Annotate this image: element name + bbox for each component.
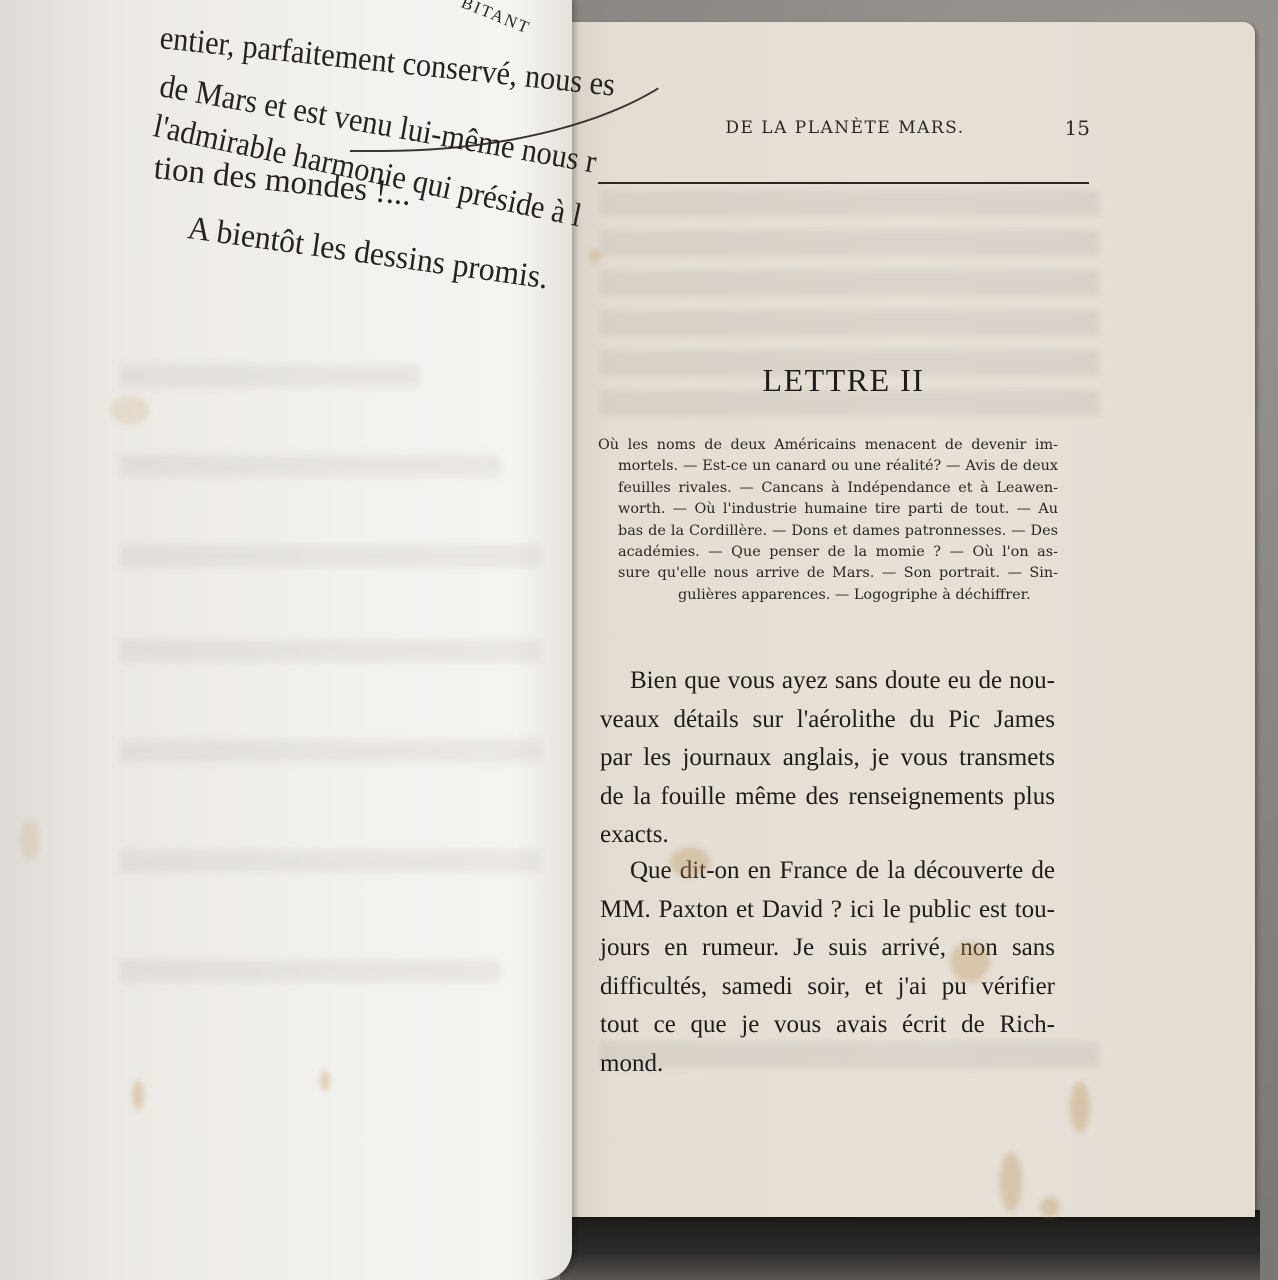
running-head: DE LA PLANÈTE MARS. 15: [600, 118, 1090, 158]
show-through: [120, 545, 540, 567]
summary-line: Où les noms de deux Américains menacent …: [598, 435, 1058, 456]
summary-line: gulières apparences. — Logogriphe à déch…: [598, 585, 1058, 606]
text-line: Bien que vous ayez sans doute eu de nou-: [600, 662, 1055, 701]
header-rule: [598, 182, 1089, 184]
foxing-stain: [1040, 1197, 1060, 1217]
show-through: [600, 270, 1100, 296]
show-through: [120, 740, 540, 762]
paragraph-1: Bien que vous ayez sans doute eu de nou-…: [600, 662, 1055, 855]
summary-line: feuilles rivales. — Cancans à Indépendan…: [598, 478, 1058, 499]
foxing-stain: [670, 847, 710, 877]
text-line: A bientôt les dessins promis.: [185, 210, 550, 297]
foxing-stain: [1000, 1152, 1022, 1212]
foxing-stain: [590, 250, 600, 262]
show-through: [600, 190, 1100, 216]
text-line: par les journaux anglais, je vous transm…: [600, 739, 1055, 778]
chapter-title: LETTRE II: [598, 362, 1089, 399]
foxing-stain: [132, 1080, 144, 1110]
summary-line: mortels. — Est-ce un canard ou une réali…: [598, 456, 1058, 477]
show-through: [120, 455, 500, 477]
text-line: exacts.: [600, 816, 1055, 855]
show-through: [600, 310, 1100, 336]
show-through: [600, 230, 1100, 256]
text-line: difficultés, samedi soir, et j'ai pu vér…: [600, 968, 1055, 1007]
text-line: de la fouille même des renseignements pl…: [600, 778, 1055, 817]
foxing-stain: [950, 942, 990, 982]
show-through: [120, 850, 540, 872]
text-line: mond.: [600, 1045, 1055, 1084]
summary-line: worth. — Où l'industrie humaine tire par…: [598, 499, 1058, 520]
right-page: DE LA PLANÈTE MARS. 15 LETTRE II Où les …: [560, 22, 1255, 1217]
text-line: Que dit-on en France de la découverte de: [600, 852, 1055, 891]
summary-line: sure qu'elle nous arrive de Mars. — Son …: [598, 563, 1058, 584]
book-shadow: [560, 1210, 1260, 1280]
text-line: tout ce que je vous avais écrit de Rich-: [600, 1006, 1055, 1045]
show-through: [120, 960, 500, 982]
foxing-stain: [320, 1070, 330, 1092]
text-line: MM. Paxton et David ? ici le public est …: [600, 891, 1055, 930]
show-through: [120, 640, 540, 662]
foxing-stain: [110, 395, 150, 425]
foxing-stain: [1070, 1082, 1090, 1132]
left-page-text: BITANT entier, parfaitement conservé, no…: [140, 0, 580, 330]
foxing-stain: [20, 820, 40, 860]
running-title: DE LA PLANÈTE MARS.: [600, 118, 1090, 138]
summary-line: bas de la Cordillère. — Dons et dames pa…: [598, 521, 1058, 542]
text-line: veaux détails sur l'aérolithe du Pic Jam…: [600, 701, 1055, 740]
summary-line: académies. — Que penser de la momie ? — …: [598, 542, 1058, 563]
chapter-summary: Où les noms de deux Américains menacent …: [598, 435, 1058, 606]
show-through: [120, 365, 420, 387]
left-page: BITANT entier, parfaitement conservé, no…: [0, 0, 572, 1280]
page-number: 15: [1065, 116, 1090, 140]
